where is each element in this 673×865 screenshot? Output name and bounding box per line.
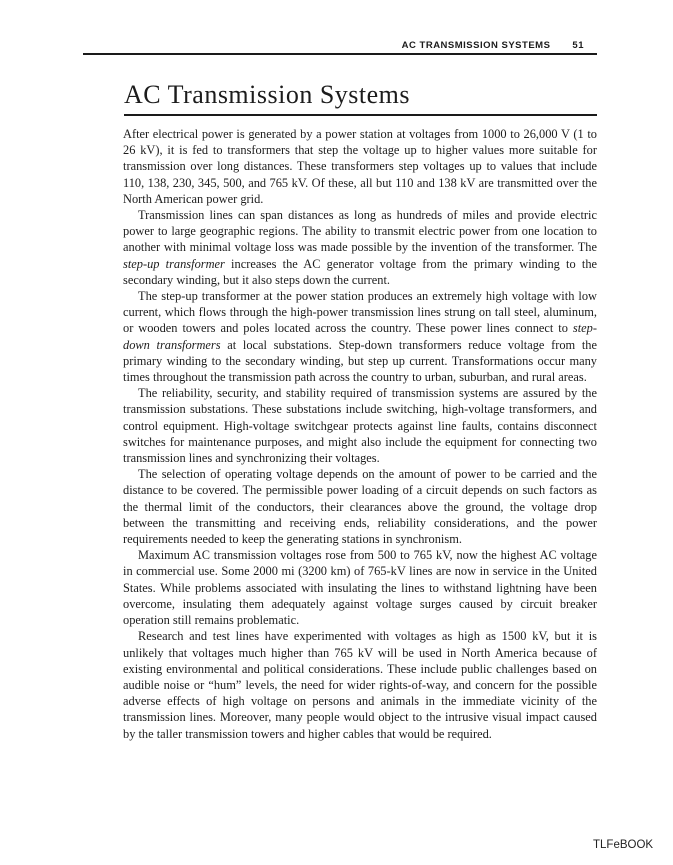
running-header: AC TRANSMISSION SYSTEMS51: [83, 40, 584, 51]
title-rule: [124, 114, 597, 116]
paragraph-text: The selection of operating voltage depen…: [123, 467, 597, 546]
paragraph: Research and test lines have experimente…: [123, 628, 597, 741]
chapter-title: AC Transmission Systems: [124, 80, 410, 110]
body-text: After electrical power is generated by a…: [123, 126, 597, 742]
paragraph: The step-up transformer at the power sta…: [123, 288, 597, 385]
header-rule: [83, 53, 597, 55]
page-number: 51: [572, 40, 584, 51]
paragraph: The reliability, security, and stability…: [123, 385, 597, 466]
paragraph: After electrical power is generated by a…: [123, 126, 597, 207]
paragraph: The selection of operating voltage depen…: [123, 466, 597, 547]
paragraph-text: Transmission lines can span distances as…: [123, 208, 597, 254]
footer-watermark: TLFeBOOK: [593, 839, 653, 851]
paragraph-text: The step-up transformer at the power sta…: [123, 289, 597, 335]
page: AC TRANSMISSION SYSTEMS51 AC Transmissio…: [0, 0, 673, 865]
paragraph-text: Research and test lines have experimente…: [123, 629, 597, 740]
running-header-title: AC TRANSMISSION SYSTEMS: [402, 40, 551, 51]
paragraph: Maximum AC transmission voltages rose fr…: [123, 547, 597, 628]
paragraph-text: After electrical power is generated by a…: [123, 127, 597, 206]
paragraph-text: Maximum AC transmission voltages rose fr…: [123, 548, 597, 627]
paragraph: Transmission lines can span distances as…: [123, 207, 597, 288]
paragraph-text: The reliability, security, and stability…: [123, 386, 597, 465]
paragraph-italic-phrase: step-up transformer: [123, 257, 225, 271]
